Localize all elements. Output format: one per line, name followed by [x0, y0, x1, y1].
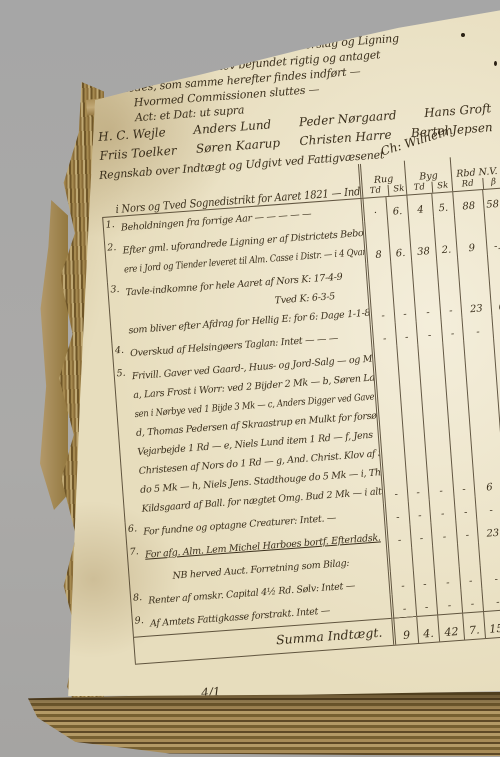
- value-cell: -: [388, 570, 415, 595]
- value-cell: [432, 544, 459, 569]
- value-cell: 38: [408, 217, 436, 261]
- value-cell: -: [370, 323, 397, 348]
- ledger-table: 1. Beholdningen fra forrige Aar — — — — …: [102, 189, 500, 665]
- value-cell: -: [455, 519, 478, 543]
- value-cell: [411, 546, 434, 570]
- ledger-page: Præsten fremlagde derpaa Regning, Oversl…: [58, 4, 500, 706]
- value-cell: -: [416, 319, 443, 344]
- column-group-rbd: Rbd N.V. Rd β: [450, 154, 500, 192]
- value-cell: ·: [360, 197, 387, 222]
- value-cell: -: [383, 501, 410, 526]
- torn-page-flap: [40, 200, 68, 510]
- value-cell: -: [408, 500, 431, 524]
- value-cell: -: [441, 318, 464, 342]
- value-cell: 6.: [385, 196, 408, 220]
- value-cell: -: [434, 567, 461, 592]
- value-cell: -: [409, 523, 432, 547]
- book-bottom-edge: [28, 692, 500, 756]
- row-description: Frivill. Gaver ved Gaard-, Huus- og Jord…: [127, 348, 383, 522]
- value-cell: -: [459, 565, 482, 589]
- column-group-rug: Rug Td Sk: [358, 161, 406, 198]
- value-cell: -: [413, 569, 436, 593]
- value-cell: -: [481, 586, 500, 611]
- value-cell: 88: [452, 190, 484, 215]
- value-cell: 9: [454, 213, 487, 257]
- photo-of-ledger: Præsten fremlagde derpaa Regning, Oversl…: [0, 0, 500, 757]
- value-cell: -: [395, 321, 418, 345]
- value-cell: -: [429, 498, 456, 523]
- value-cell: -: [435, 590, 462, 615]
- wormhole-speck: [494, 61, 497, 66]
- value-cell: -: [460, 588, 483, 612]
- subcol-label: Td: [406, 182, 432, 195]
- value-cell: -: [480, 563, 500, 588]
- value-cell: 2.: [433, 215, 457, 258]
- summa-value: 42: [437, 613, 464, 642]
- summa-value: 7.: [462, 611, 485, 639]
- summa-value: 4.: [416, 614, 439, 642]
- value-cell: -: [491, 314, 500, 338]
- subcol-label: Sk: [431, 180, 453, 193]
- value-cell: [386, 547, 413, 572]
- value-cell: -: [454, 496, 477, 520]
- value-cell: [457, 542, 480, 566]
- value-cell: -: [475, 494, 500, 519]
- value-cell: -.: [484, 211, 500, 254]
- subcol-label: β: [482, 176, 500, 189]
- wormhole-speck: [461, 33, 465, 37]
- summa-value: 9: [391, 616, 418, 645]
- value-cell: 4: [406, 194, 433, 219]
- value-cell: -: [415, 592, 438, 616]
- subcol-label: Td: [363, 185, 389, 198]
- value-cell: -: [430, 521, 457, 546]
- value-cell: 8: [362, 220, 390, 264]
- value-cell: -: [461, 316, 493, 341]
- value-cell: 23: [476, 517, 500, 542]
- value-cell: 6.: [387, 219, 411, 262]
- page-content: Præsten fremlagde derpaa Regning, Oversl…: [89, 10, 500, 728]
- column-group-byg: Byg Td Sk: [404, 157, 452, 194]
- value-cell: [478, 540, 500, 565]
- value-cell: 58.: [482, 189, 500, 213]
- value-cell: 5.: [431, 192, 454, 216]
- value-cell: -: [385, 524, 412, 549]
- value-cell: 23: [457, 255, 491, 318]
- subcol-label: Rd: [452, 178, 483, 191]
- summa-value: 150: [483, 609, 500, 638]
- value-cell: -: [390, 593, 417, 618]
